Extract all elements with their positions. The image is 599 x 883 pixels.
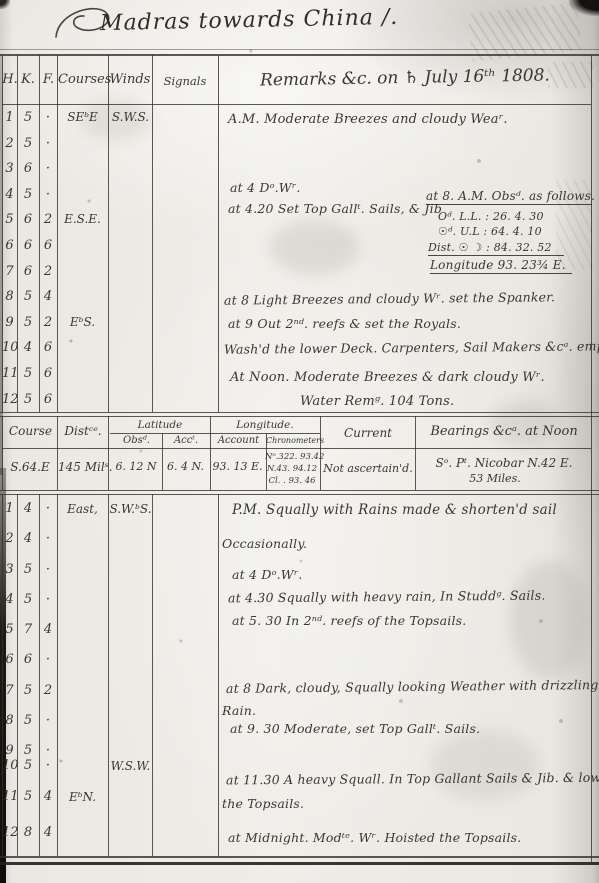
table-rule [591,55,592,862]
col-header-winds: Winds [108,72,152,87]
table-rule [57,55,58,412]
table-rule [0,54,599,56]
knots-cell: 6 [17,207,39,233]
hour-cell: 3 [2,555,17,585]
noon-lat-observed: 6. 12 N [110,460,162,473]
noon-header-lon-account: Account [212,435,265,446]
noon-header-course: Course [8,424,53,438]
wind-cell [108,207,153,233]
course-cell [57,524,108,554]
course-cell [57,182,108,208]
hour-cell: 4 [2,182,17,208]
log-row: 85· [2,706,219,736]
col-header-remarks: Remarks &c. on ♄ July 16ᵗʰ 1808. [240,65,570,91]
table-rule [152,55,153,412]
knots-cell: 5 [17,310,39,336]
table-rule [0,412,599,413]
log-row: 1154EᵇN. [2,782,219,812]
table-rule [0,862,599,865]
course-cell [57,233,108,259]
wind-cell [108,259,153,285]
noon-current: Not ascertain'd. [322,462,414,475]
wind-cell [108,676,153,706]
knots-cell: 5 [17,105,39,131]
remark-line: Occasionally. [222,536,307,551]
log-row: 1156 [2,361,219,387]
wind-cell [108,361,153,387]
noon-header-distance: Distᶜᵉ. [60,424,106,438]
hour-cell: 2 [2,131,17,157]
noon-header-current: Current [322,426,414,440]
hour-cell: 10 [2,751,17,781]
course-cell [57,818,108,848]
course-cell [57,555,108,585]
fathoms-cell: · [39,131,57,157]
log-row: 952EᵇS. [2,310,219,336]
table-rule [320,416,321,490]
col-header-fathoms: F. [39,72,58,87]
log-row: 752 [2,676,219,706]
noon-lat-account: 6. 4 N. [162,460,209,473]
fathoms-cell: · [39,585,57,615]
course-cell [57,585,108,615]
log-row: 66· [2,645,219,675]
wind-cell [108,131,153,157]
hour-cell: 7 [2,676,17,706]
remark-line: at 9 Out 2ⁿᵈ. reefs & set the Royals. [228,316,461,331]
course-cell [57,676,108,706]
remark-line: at 4.30 Squally with heavy rain, In Stud… [228,588,546,606]
table-rule [108,416,109,490]
remark-line: at 9. 30 Moderate, set Top Gallᵗ. Sails. [230,721,480,736]
knots-cell: 5 [17,555,39,585]
remark-line: At Noon. Moderate Breezes & dark cloudy … [230,370,545,385]
noon-chronometer-reading: Cl. . 93. 46 [265,476,319,486]
hour-cell: 12 [2,818,17,848]
course-cell: East, [57,494,108,524]
course-cell [57,156,108,182]
remark-line: the Topsails. [222,796,304,811]
table-rule [162,433,163,490]
remark-line: Rain. [222,703,256,718]
log-row: 1256 [2,387,219,413]
observation-line: at 8. A.M. Obsᵈ. as follows. [426,189,592,205]
fathoms-cell: 4 [39,818,57,848]
knots-cell: 5 [17,182,39,208]
wind-cell [108,818,153,848]
table-rule [218,55,219,412]
wind-cell [108,156,153,182]
fathoms-cell: · [39,706,57,736]
hour-cell: 7 [2,259,17,285]
remark-line: at 8 Light Breezes and cloudy Wʳ. set th… [224,289,555,307]
log-row: 666 [2,233,219,259]
noon-distance: 145 Milˢ. [58,460,108,474]
fathoms-cell: · [39,751,57,781]
wind-cell [108,284,153,310]
knots-cell: 6 [17,233,39,259]
table-rule [0,416,599,417]
hour-cell: 3 [2,156,17,182]
course-cell: EᵇS. [57,310,108,336]
fathoms-cell: 6 [39,387,57,413]
table-rule [108,494,109,856]
course-cell [57,645,108,675]
knots-cell: 4 [17,335,39,361]
table-rule [152,494,153,856]
table-rule [218,494,219,856]
table-rule [0,490,599,491]
remark-line: at 8 Dark, cloudy, Squally looking Weath… [226,677,599,696]
course-cell [57,284,108,310]
fathoms-cell: · [39,182,57,208]
remark-line: at 4 Dᵒ.Wʳ. [230,180,301,195]
wind-cell [108,524,153,554]
log-row: 36· [2,156,219,182]
fathoms-cell: · [39,156,57,182]
course-cell [57,706,108,736]
table-rule [108,55,109,412]
table-rule [266,433,267,490]
wind-cell [108,310,153,336]
remark-line: A.M. Moderate Breezes and cloudy Weaʳ. [228,112,508,127]
hour-cell: 1 [2,494,17,524]
wind-cell [108,387,153,413]
course-cell: SEᵇE [57,105,108,131]
noon-header-latitude: Latitude [112,419,208,431]
remark-line: at Midnight. Modᵗᵉ. Wʳ. Hoisted the Tops… [228,830,521,845]
remark-line: P.M. Squally with Rains made & shorten'd… [232,502,557,518]
wind-cell [108,335,153,361]
hour-cell: 1 [2,105,17,131]
log-row: 854 [2,284,219,310]
hour-cell: 4 [2,585,17,615]
noon-bearings: Sᵒ. Pᵗ. Nicobar N.42 E. [420,456,588,470]
wind-cell [108,555,153,585]
noon-lon-account: 93. 13 E. [210,460,265,473]
wind-cell [108,645,153,675]
course-cell: E.S.E. [57,207,108,233]
fathoms-cell: 2 [39,207,57,233]
wind-cell: W.S.W. [108,751,153,781]
fathoms-cell: · [39,105,57,131]
noon-header-bearings: Bearings &cᵃ. at Noon [418,424,590,439]
knots-cell: 4 [17,494,39,524]
hour-cell: 6 [2,645,17,675]
table-rule [210,416,211,490]
paper-stain [490,400,560,446]
fathoms-cell: · [39,645,57,675]
course-cell [57,361,108,387]
fathoms-cell: 6 [39,233,57,259]
remark-line: at 5. 30 In 2ⁿᵈ. reefs of the Topsails. [232,613,466,628]
log-row: 45· [2,585,219,615]
knots-cell: 8 [17,818,39,848]
fathoms-cell: 2 [39,310,57,336]
wind-cell: S.W.S. [108,105,153,131]
table-rule [39,55,40,412]
col-header-courses: Courses [58,72,108,87]
log-row: 24· [2,524,219,554]
noon-chronometer-reading: Nᵒ.322. 93.42 [265,452,319,462]
table-rule [57,494,58,856]
table-rule [2,494,3,856]
knots-cell: 6 [17,259,39,285]
course-cell [57,259,108,285]
course-cell [57,387,108,413]
fathoms-cell: 6 [39,335,57,361]
fathoms-cell: 2 [39,259,57,285]
paper-stain [510,560,590,680]
knots-cell: 6 [17,156,39,182]
remark-line: at 4.20 Set Top Gallᵗ. Sails, & Jib [228,201,442,216]
fathoms-cell: 4 [39,284,57,310]
paper-stain [430,730,540,800]
wind-cell: S.W.ᵇS. [108,494,153,524]
hour-cell: 9 [2,310,17,336]
page-corner-shadow [569,0,599,16]
table-rule [110,433,320,434]
fathoms-cell: 4 [39,782,57,812]
table-rule [415,416,416,490]
fathoms-cell: 6 [39,361,57,387]
knots-cell: 5 [17,751,39,781]
hour-cell: 5 [2,207,17,233]
fathoms-cell: 2 [39,676,57,706]
log-row: 45· [2,182,219,208]
observation-line: Longitude 93. 23¾ E. [430,258,572,274]
knots-cell: 5 [17,387,39,413]
page-title: Madras towards China ∕. [100,5,399,36]
remark-line: at 11.30 A heavy Squall. In Top Gallant … [226,770,599,788]
noon-bearings: 53 Miles. [440,472,550,485]
course-cell [57,335,108,361]
hour-cell: 8 [2,706,17,736]
col-header-signals: Signals [152,74,218,88]
knots-cell: 5 [17,131,39,157]
noon-header-longitude: Longitude. [212,419,318,431]
noon-chronometer-reading: N.43. 94.12 [265,464,319,474]
knots-cell: 5 [17,361,39,387]
remark-line: at 4 Dᵒ.Wʳ. [232,567,303,582]
hour-cell: 5 [2,615,17,645]
table-rule [0,49,599,50]
wind-cell [108,706,153,736]
hour-cell: 10 [2,335,17,361]
observation-line: Dist. ☉ ☽ : 84. 32. 52 [428,241,564,256]
course-cell [57,751,108,781]
knots-cell: 7 [17,615,39,645]
log-row: 14·East,S.W.ᵇS. [2,494,219,524]
noon-header-lat-observed: Obsᵈ. [112,435,161,446]
fathoms-cell: · [39,524,57,554]
fathoms-cell: · [39,494,57,524]
ink-bleed [468,2,582,61]
knots-cell: 5 [17,706,39,736]
log-row: 25· [2,131,219,157]
course-cell [57,131,108,157]
log-row: 762 [2,259,219,285]
wind-cell [108,585,153,615]
hour-cell: 11 [2,782,17,812]
knots-cell: 6 [17,645,39,675]
log-row: 15·SEᵇES.W.S. [2,105,219,131]
remark-line: Water Remᵍ. 104 Tons. [300,394,454,409]
col-header-knots: K. [17,72,39,87]
knots-cell: 5 [17,585,39,615]
hour-cell: 2 [2,524,17,554]
page-corner-shadow [0,0,10,9]
table-rule [17,494,18,856]
noon-header-lat-account: Accᵗ. [164,435,208,446]
fathoms-cell: 4 [39,615,57,645]
wind-cell [108,615,153,645]
knots-cell: 5 [17,284,39,310]
log-row: 562E.S.E. [2,207,219,233]
table-rule [0,856,599,858]
fathoms-cell: · [39,555,57,585]
knots-cell: 5 [17,782,39,812]
table-rule [2,448,591,449]
log-row: 105·W.S.W. [2,751,219,781]
table-rule [2,55,3,412]
noon-header-lon-chronometers: Chronometers [266,436,319,445]
remark-line: Wash'd the lower Deck. Carpenters, Sail … [224,338,599,356]
paper-stain [270,220,360,275]
observation-line: ☉ᵈ. U.L : 64. 4. 10 [438,225,542,238]
table-rule [17,55,18,412]
course-cell [57,615,108,645]
logbook-page: Madras towards China ∕. H. K. F. Courses… [0,0,599,883]
noon-course: S.64.E [4,460,56,474]
knots-cell: 5 [17,676,39,706]
hour-cell: 12 [2,387,17,413]
log-row: 574 [2,615,219,645]
wind-cell [108,782,153,812]
col-header-hours: H. [2,72,18,87]
hour-cell: 11 [2,361,17,387]
knots-cell: 4 [17,524,39,554]
wind-cell [108,182,153,208]
log-row: 1046 [2,335,219,361]
hour-cell: 8 [2,284,17,310]
wind-cell [108,233,153,259]
table-rule [2,416,3,490]
course-cell: EᵇN. [57,782,108,812]
observation-line: Oᵈ. L.L. : 26. 4. 30 [438,210,544,223]
table-rule [57,416,58,490]
hour-cell: 6 [2,233,17,259]
table-rule [39,494,40,856]
log-row: 35· [2,555,219,585]
log-row: 1284 [2,818,219,848]
